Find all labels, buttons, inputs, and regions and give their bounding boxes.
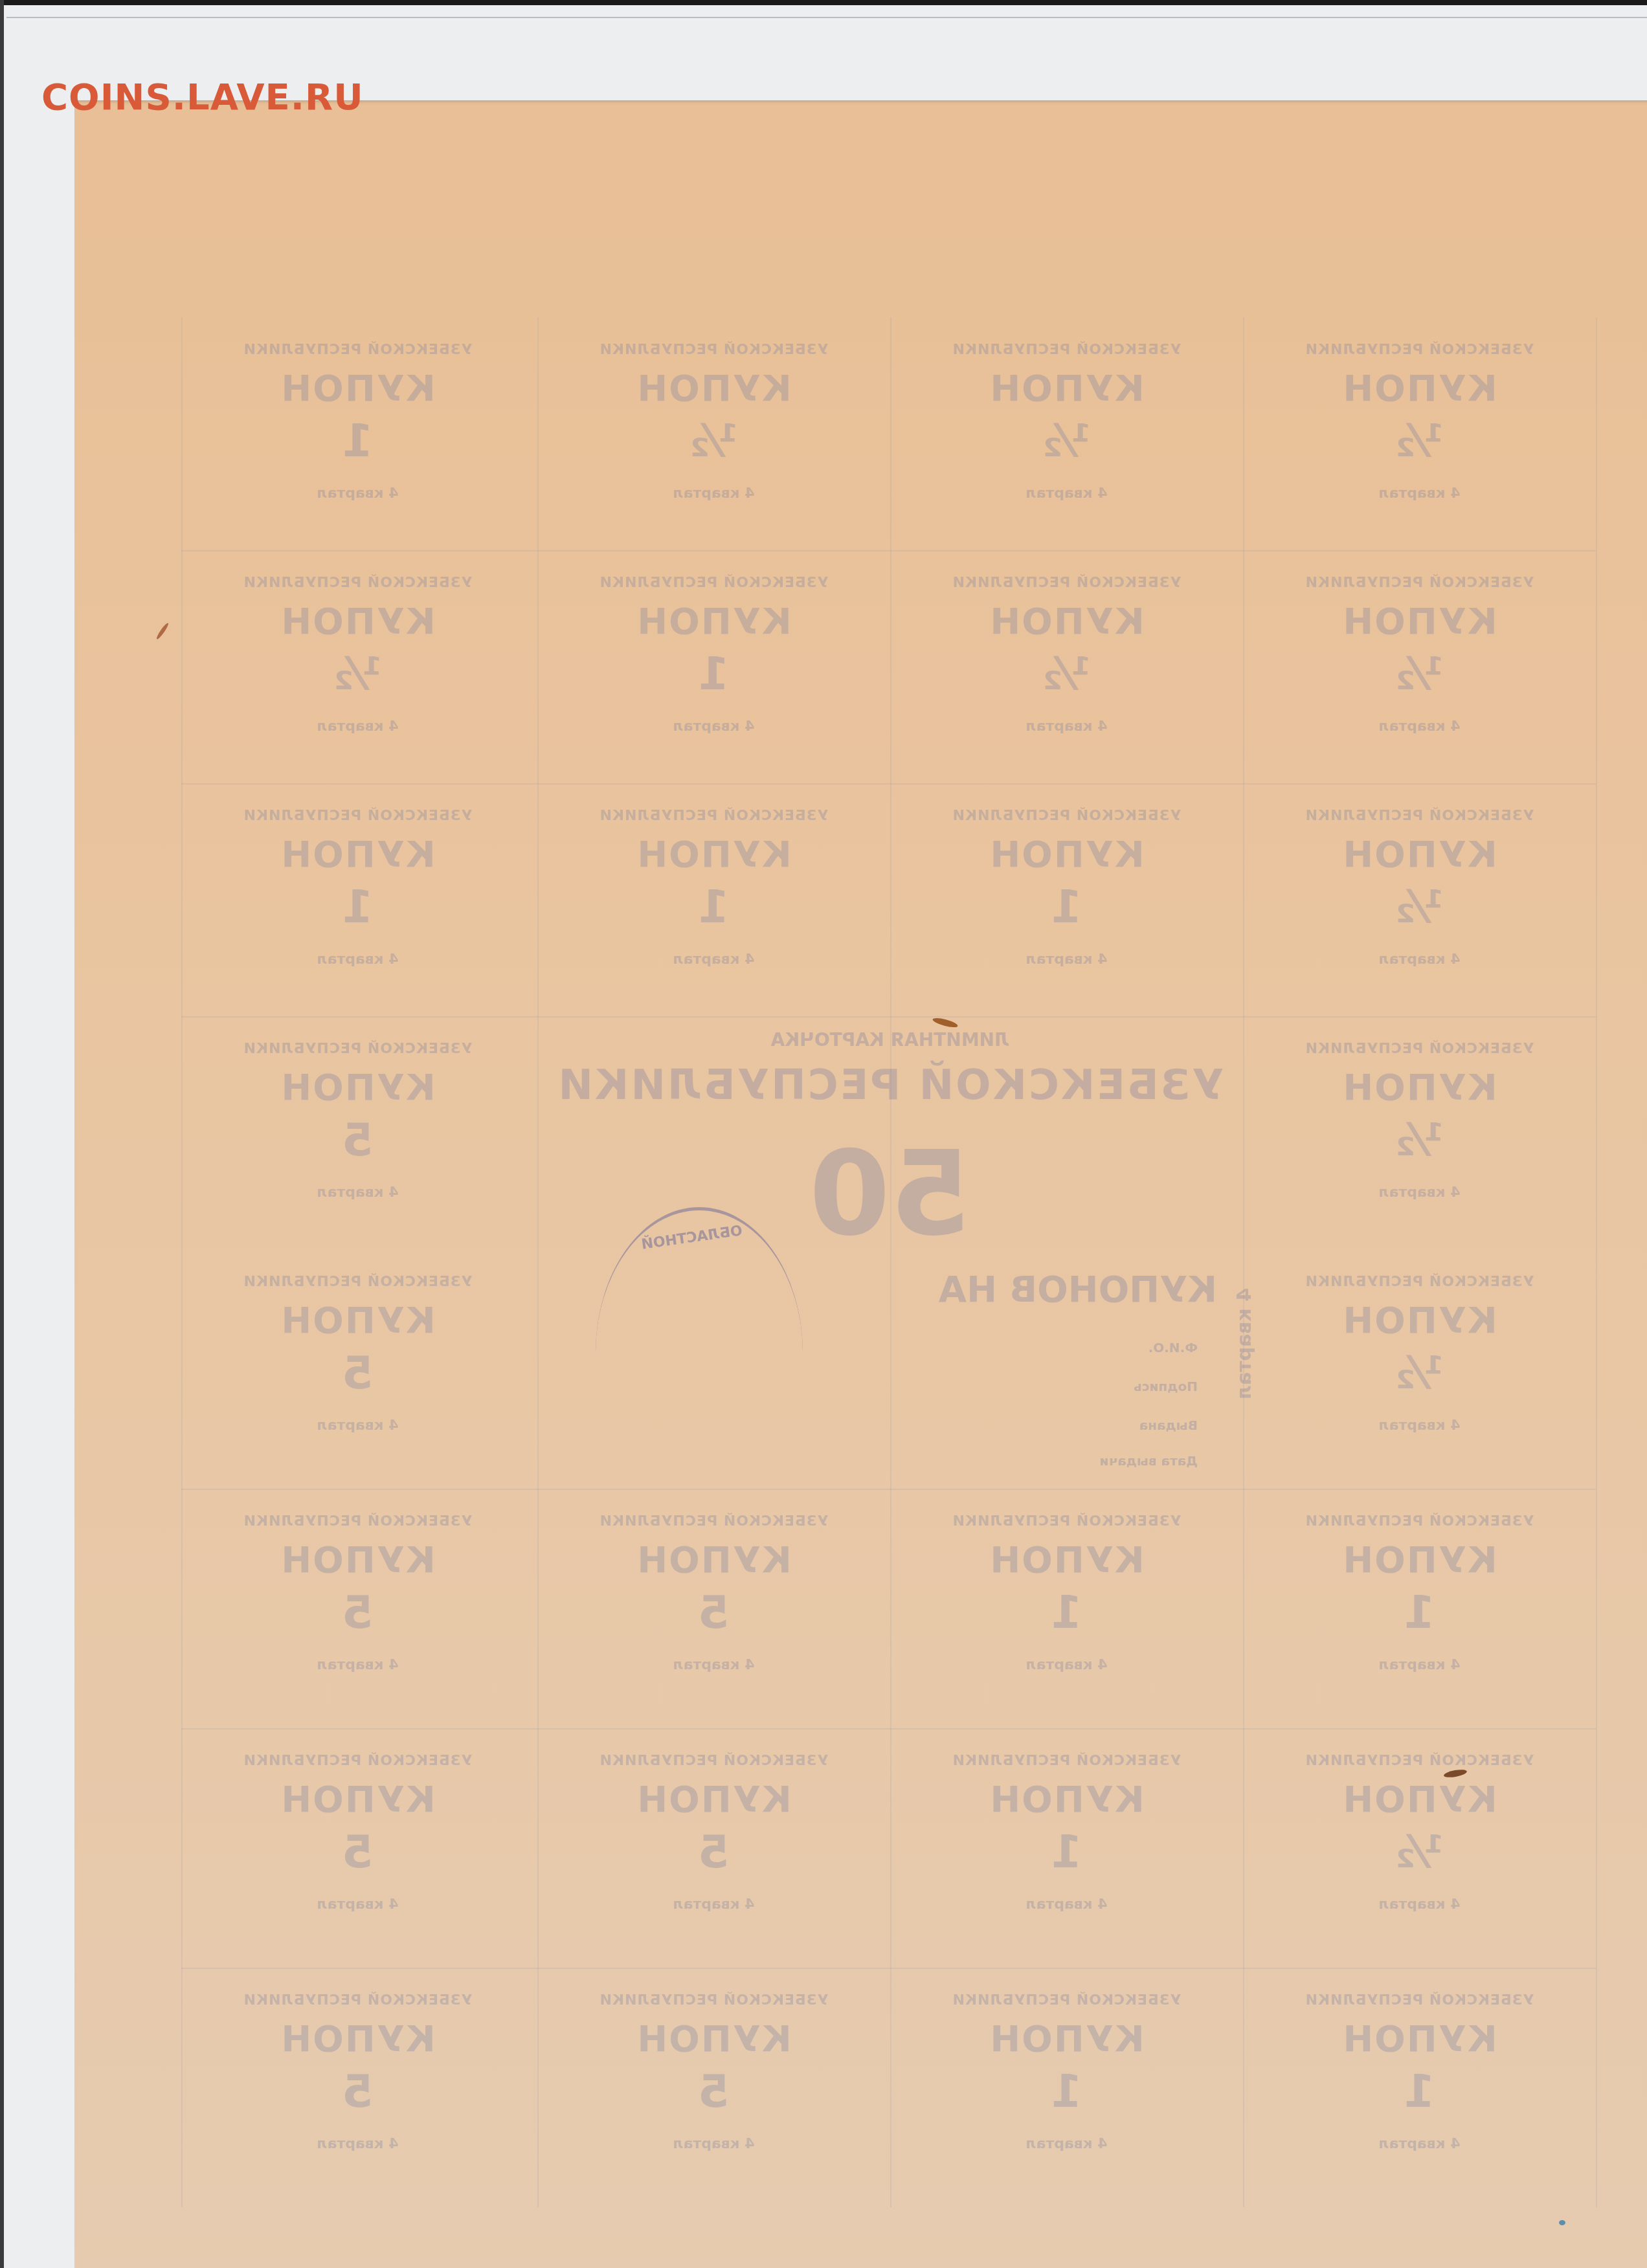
center-line-2: Подпись: [939, 1379, 1198, 1394]
coupon-quarter: 4 квартал: [890, 2136, 1243, 2152]
coupon-title: КУПОН: [1243, 368, 1596, 410]
coupon-header: УЗБЕКСКОЙ РЕСПУБЛИКИ: [890, 1753, 1243, 1769]
coupon-title: КУПОН: [1243, 1067, 1596, 1109]
coupon-quarter: 4 квартал: [890, 718, 1243, 735]
coupon-title: КУПОН: [537, 834, 890, 876]
coupon-cell: УЗБЕКСКОЙ РЕСПУБЛИКИКУПОН54 квартал: [181, 1968, 534, 2204]
coupon-quarter: 4 квартал: [181, 951, 534, 968]
coupon-cell: УЗБЕКСКОЙ РЕСПУБЛИКИКУПОН½4 квартал: [890, 550, 1243, 786]
coupon-title: КУПОН: [890, 1539, 1243, 1581]
coupon-quarter: 4 квартал: [181, 1896, 534, 1913]
coupon-cell: УЗБЕКСКОЙ РЕСПУБЛИКИКУПОН54 квартал: [537, 1728, 890, 1964]
coupon-value: ½: [181, 647, 534, 700]
coupon-quarter: 4 квартал: [181, 718, 534, 735]
coupon-header: УЗБЕКСКОЙ РЕСПУБЛИКИ: [1243, 808, 1596, 824]
coupon-value: ½: [890, 414, 1243, 467]
coupon-quarter: 4 квартал: [1243, 951, 1596, 968]
coupon-value: 1: [537, 880, 890, 933]
scanner-frame-top: [0, 0, 1647, 5]
coupon-cell: УЗБЕКСКОЙ РЕСПУБЛИКИКУПОН54 квартал: [181, 1728, 534, 1964]
coupon-value: 5: [181, 1113, 534, 1166]
coupon-cell: УЗБЕКСКОЙ РЕСПУБЛИКИКУПОН½4 квартал: [181, 550, 534, 786]
coupon-quarter: 4 квартал: [1243, 1896, 1596, 1913]
coupon-header: УЗБЕКСКОЙ РЕСПУБЛИКИ: [890, 1513, 1243, 1529]
coupon-cell: УЗБЕКСКОЙ РЕСПУБЛИКИКУПОН14 квартал: [181, 783, 534, 1019]
coupon-value: ½: [1243, 647, 1596, 700]
watermark: COINS.LAVE.RU: [41, 76, 364, 118]
coupon-quarter: 4 квартал: [181, 485, 534, 502]
coupon-quarter: 4 квартал: [890, 951, 1243, 968]
coupon-cell: УЗБЕКСКОЙ РЕСПУБЛИКИКУПОН½4 квартал: [537, 317, 890, 553]
coupon-quarter: 4 квартал: [890, 485, 1243, 502]
coupon-cell: УЗБЕКСКОЙ РЕСПУБЛИКИКУПОН54 квартал: [181, 1249, 534, 1485]
coupon-value: ½: [537, 414, 890, 467]
coupon-value: ½: [1243, 414, 1596, 467]
coupon-value: 5: [181, 2065, 534, 2118]
coupon-cell: УЗБЕКСКОЙ РЕСПУБЛИКИКУПОН½4 квартал: [1243, 783, 1596, 1019]
coupon-header: УЗБЕКСКОЙ РЕСПУБЛИКИ: [890, 575, 1243, 591]
coupon-quarter: 4 квартал: [537, 1657, 890, 1673]
coupon-value: 1: [890, 1825, 1243, 1878]
coupon-header: УЗБЕКСКОЙ РЕСПУБЛИКИ: [537, 1992, 890, 2008]
coupon-quarter: 4 квартал: [1243, 1184, 1596, 1201]
coupon-header: УЗБЕКСКОЙ РЕСПУБЛИКИ: [181, 1041, 534, 1057]
coupon-title: КУПОН: [181, 601, 534, 643]
coupon-cell: УЗБЕКСКОЙ РЕСПУБЛИКИКУПОН½4 квартал: [1243, 317, 1596, 553]
coupon-title: КУПОН: [537, 2018, 890, 2060]
coupon-cell: УЗБЕКСКОЙ РЕСПУБЛИКИКУПОН14 квартал: [1243, 1489, 1596, 1725]
coupon-cell: УЗБЕКСКОЙ РЕСПУБЛИКИКУПОН½4 квартал: [1243, 1016, 1596, 1252]
coupon-quarter: 4 квартал: [537, 1896, 890, 1913]
coupon-header: УЗБЕКСКОЙ РЕСПУБЛИКИ: [181, 1992, 534, 2008]
coupon-title: КУПОН: [181, 1539, 534, 1581]
coupon-header: УЗБЕКСКОЙ РЕСПУБЛИКИ: [181, 1513, 534, 1529]
coupon-quarter: 4 квартал: [1243, 718, 1596, 735]
coupon-value: 5: [181, 1586, 534, 1639]
coupon-title: КУПОН: [181, 368, 534, 410]
scanner-glass-edge: [6, 17, 1647, 18]
coupon-header: УЗБЕКСКОЙ РЕСПУБЛИКИ: [1243, 1274, 1596, 1290]
coupon-quarter: 4 квартал: [890, 1657, 1243, 1673]
coupon-cell: УЗБЕКСКОЙ РЕСПУБЛИКИКУПОН14 квартал: [890, 1728, 1243, 1964]
coupon-quarter: 4 квартал: [1243, 2136, 1596, 2152]
center-card-title: КУПОНОВ НА: [939, 1269, 1217, 1311]
coupon-cell: УЗБЕКСКОЙ РЕСПУБЛИКИКУПОН54 квартал: [537, 1968, 890, 2204]
coupon-title: КУПОН: [537, 368, 890, 410]
coupon-header: УЗБЕКСКОЙ РЕСПУБЛИКИ: [1243, 1753, 1596, 1769]
coupon-cell: УЗБЕКСКОЙ РЕСПУБЛИКИКУПОН54 квартал: [537, 1489, 890, 1725]
coupon-header: УЗБЕКСКОЙ РЕСПУБЛИКИ: [1243, 575, 1596, 591]
coupon-header: УЗБЕКСКОЙ РЕСПУБЛИКИ: [537, 1753, 890, 1769]
center-line-1: Ф.И.О.: [939, 1340, 1198, 1355]
coupon-value: 1: [890, 1586, 1243, 1639]
coupon-header: УЗБЕКСКОЙ РЕСПУБЛИКИ: [1243, 1513, 1596, 1529]
paper-blue-speck: [1559, 2220, 1565, 2225]
coupon-title: КУПОН: [181, 1779, 534, 1821]
coupon-quarter: 4 квартал: [181, 1657, 534, 1673]
coupon-title: КУПОН: [181, 2018, 534, 2060]
coupon-cell: УЗБЕКСКОЙ РЕСПУБЛИКИКУПОН14 квартал: [537, 550, 890, 786]
coupon-cell: УЗБЕКСКОЙ РЕСПУБЛИКИКУПОН14 квартал: [537, 783, 890, 1019]
coupon-value: 1: [890, 880, 1243, 933]
coupon-value: ½: [1243, 1825, 1596, 1878]
coupon-title: КУПОН: [890, 601, 1243, 643]
coupon-value: 5: [537, 2065, 890, 2118]
coupon-cell: УЗБЕКСКОЙ РЕСПУБЛИКИКУПОН½4 квартал: [1243, 1249, 1596, 1485]
coupon-quarter: 4 квартал: [1243, 485, 1596, 502]
coupon-title: КУПОН: [181, 834, 534, 876]
coupon-title: КУПОН: [890, 1779, 1243, 1821]
coupon-title: КУПОН: [537, 1539, 890, 1581]
coupon-value: 5: [181, 1825, 534, 1878]
coupon-value: 5: [537, 1825, 890, 1878]
coupon-title: КУПОН: [1243, 1300, 1596, 1342]
coupon-header: УЗБЕКСКОЙ РЕСПУБЛИКИ: [181, 342, 534, 358]
coupon-header: УЗБЕКСКОЙ РЕСПУБЛИКИ: [537, 575, 890, 591]
coupon-quarter: 4 квартал: [1243, 1417, 1596, 1434]
coupon-value: ½: [1243, 880, 1596, 933]
coupon-cell: УЗБЕКСКОЙ РЕСПУБЛИКИКУПОН½4 квартал: [1243, 550, 1596, 786]
coupon-value: 5: [181, 1346, 534, 1399]
coupon-header: УЗБЕКСКОЙ РЕСПУБЛИКИ: [537, 342, 890, 358]
center-line-3: Выдана: [939, 1417, 1198, 1433]
coupon-value: ½: [1243, 1113, 1596, 1166]
coupon-cell: УЗБЕКСКОЙ РЕСПУБЛИКИКУПОН54 квартал: [181, 1016, 534, 1252]
coupon-cell: УЗБЕКСКОЙ РЕСПУБЛИКИКУПОН14 квартал: [890, 783, 1243, 1019]
center-top-line: ЛИМИТНАЯ КАРТОЧКА: [537, 1029, 1243, 1051]
coupon-value: 1: [1243, 1586, 1596, 1639]
coupon-quarter: 4 квартал: [537, 2136, 890, 2152]
coupon-quarter: 4 квартал: [537, 951, 890, 968]
coupon-header: УЗБЕКСКОЙ РЕСПУБЛИКИ: [1243, 342, 1596, 358]
coupon-header: УЗБЕКСКОЙ РЕСПУБЛИКИ: [1243, 1041, 1596, 1057]
coupon-value: ½: [890, 647, 1243, 700]
coupon-title: КУПОН: [181, 1300, 534, 1342]
coupon-cell: УЗБЕКСКОЙ РЕСПУБЛИКИКУПОН14 квартал: [890, 1968, 1243, 2204]
coupon-quarter: 4 квартал: [181, 1184, 534, 1201]
coupon-value: 5: [537, 1586, 890, 1639]
coupon-header: УЗБЕКСКОЙ РЕСПУБЛИКИ: [181, 575, 534, 591]
coupon-title: КУПОН: [1243, 2018, 1596, 2060]
coupon-cell: УЗБЕКСКОЙ РЕСПУБЛИКИКУПОН54 квартал: [181, 1489, 534, 1725]
coupon-title: КУПОН: [181, 1067, 534, 1109]
center-republic-title: УЗБЕКСКОЙ РЕСПУБЛИКИ: [537, 1062, 1243, 1109]
coupon-title: КУПОН: [1243, 1779, 1596, 1821]
coupon-value: 1: [890, 2065, 1243, 2118]
coupon-title: КУПОН: [890, 834, 1243, 876]
coupon-header: УЗБЕКСКОЙ РЕСПУБЛИКИ: [537, 808, 890, 824]
coupon-header: УЗБЕКСКОЙ РЕСПУБЛИКИ: [890, 808, 1243, 824]
coupon-title: КУПОН: [1243, 834, 1596, 876]
coupon-cell: УЗБЕКСКОЙ РЕСПУБЛИКИКУПОН½4 квартал: [890, 317, 1243, 553]
coupon-title: КУПОН: [890, 368, 1243, 410]
coupon-cell: УЗБЕКСКОЙ РЕСПУБЛИКИКУПОН½4 квартал: [1243, 1728, 1596, 1964]
coupon-quarter: 4 квартал: [181, 1417, 534, 1434]
center-line-4: Дата выдачи: [939, 1453, 1198, 1469]
coupon-quarter: 4 квартал: [537, 485, 890, 502]
coupon-title: КУПОН: [1243, 601, 1596, 643]
coupon-grid-line: [1596, 317, 1597, 2207]
coupon-quarter: 4 квартал: [890, 1896, 1243, 1913]
scanner-frame-left: [0, 0, 4, 2268]
center-side-label: 4 квартал: [1233, 1288, 1256, 1399]
coupon-title: КУПОН: [537, 1779, 890, 1821]
coupon-header: УЗБЕКСКОЙ РЕСПУБЛИКИ: [181, 1274, 534, 1290]
coupon-cell: УЗБЕКСКОЙ РЕСПУБЛИКИКУПОН14 квартал: [181, 317, 534, 553]
coupon-header: УЗБЕКСКОЙ РЕСПУБЛИКИ: [1243, 1992, 1596, 2008]
coupon-cell: УЗБЕКСКОЙ РЕСПУБЛИКИКУПОН14 квартал: [1243, 1968, 1596, 2204]
coupon-header: УЗБЕКСКОЙ РЕСПУБЛИКИ: [537, 1513, 890, 1529]
coupon-value: ½: [1243, 1346, 1596, 1399]
coupon-quarter: 4 квартал: [181, 2136, 534, 2152]
coupon-value: 1: [181, 880, 534, 933]
coupon-header: УЗБЕКСКОЙ РЕСПУБЛИКИ: [890, 1992, 1243, 2008]
coupon-title: КУПОН: [1243, 1539, 1596, 1581]
coupon-title: КУПОН: [890, 2018, 1243, 2060]
coupon-value: 1: [537, 647, 890, 700]
coupon-cell: УЗБЕКСКОЙ РЕСПУБЛИКИКУПОН14 квартал: [890, 1489, 1243, 1725]
coupon-header: УЗБЕКСКОЙ РЕСПУБЛИКИ: [181, 808, 534, 824]
coupon-title: КУПОН: [537, 601, 890, 643]
coupon-quarter: 4 квартал: [537, 718, 890, 735]
coupon-value: 1: [1243, 2065, 1596, 2118]
coupon-header: УЗБЕКСКОЙ РЕСПУБЛИКИ: [181, 1753, 534, 1769]
coupon-quarter: 4 квартал: [1243, 1657, 1596, 1673]
coupon-header: УЗБЕКСКОЙ РЕСПУБЛИКИ: [890, 342, 1243, 358]
coupon-value: 1: [181, 414, 534, 467]
